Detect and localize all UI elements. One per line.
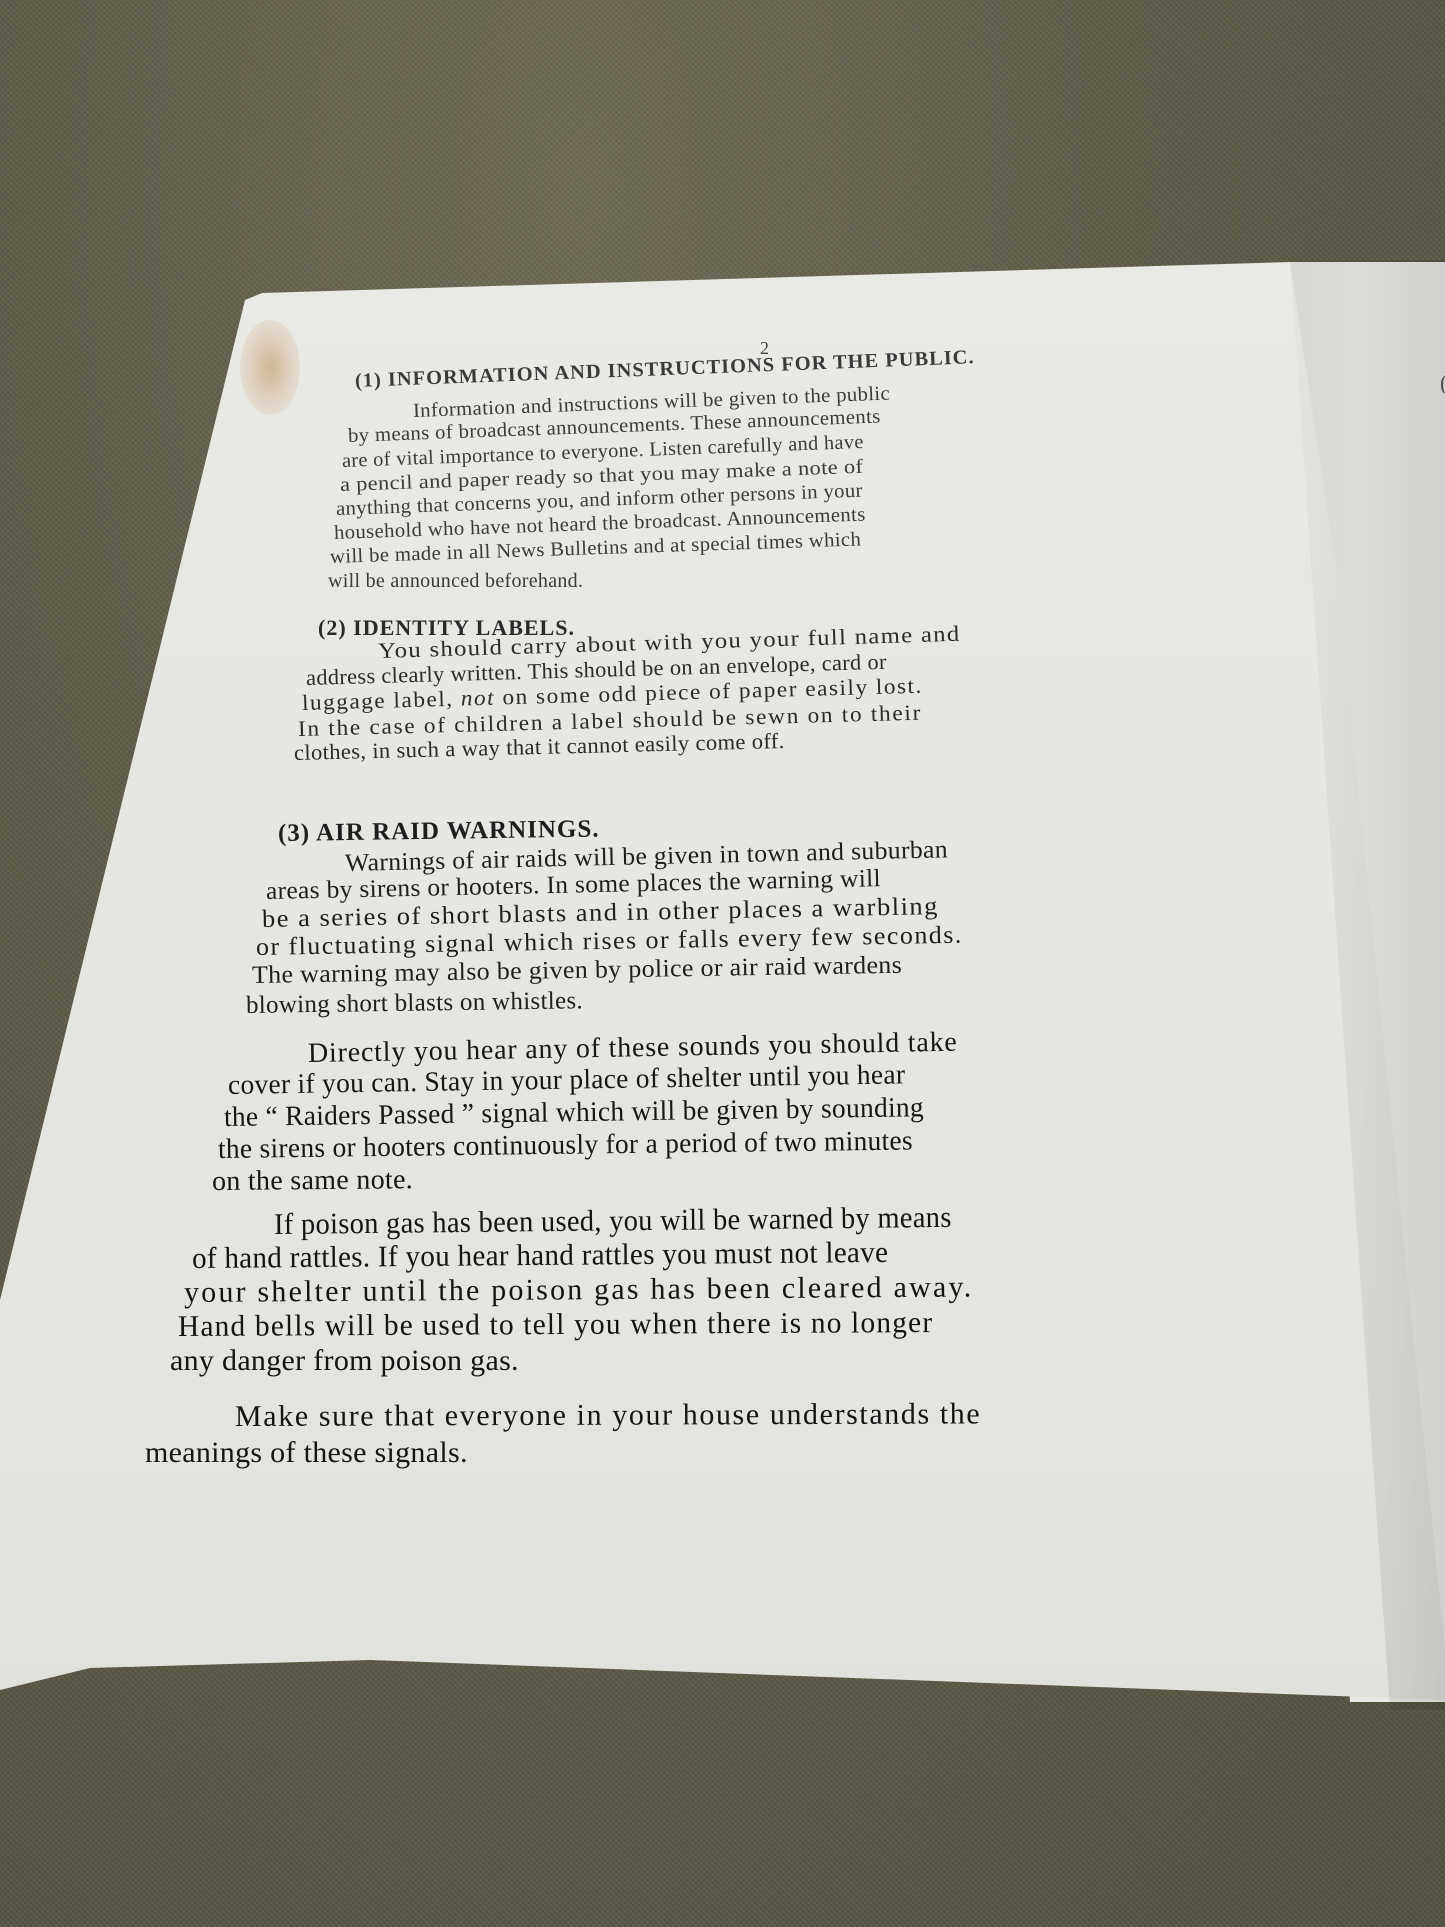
section-3-line: any danger from poison gas.	[170, 1344, 519, 1378]
section-3-line: Make sure that everyone in your house un…	[235, 1397, 981, 1434]
section-3-line: your shelter until the poison gas has be…	[184, 1270, 974, 1310]
emphasis-not: not	[460, 685, 495, 711]
section-1-line: will be announced beforehand.	[328, 570, 583, 593]
section-3-line: blowing short blasts on whistles.	[246, 987, 583, 1020]
paper-stain	[240, 320, 300, 415]
section-3-line: on the same note.	[212, 1164, 413, 1198]
section-3-line: meanings of these signals.	[145, 1436, 468, 1470]
text-span: luggage label,	[302, 686, 462, 715]
section-3-line: of hand rattles. If you hear hand rattle…	[192, 1236, 889, 1276]
section-3-heading: (3) AIR RAID WARNINGS.	[278, 816, 600, 848]
section-3-line: Hand bells will be used to tell you when…	[178, 1306, 933, 1344]
